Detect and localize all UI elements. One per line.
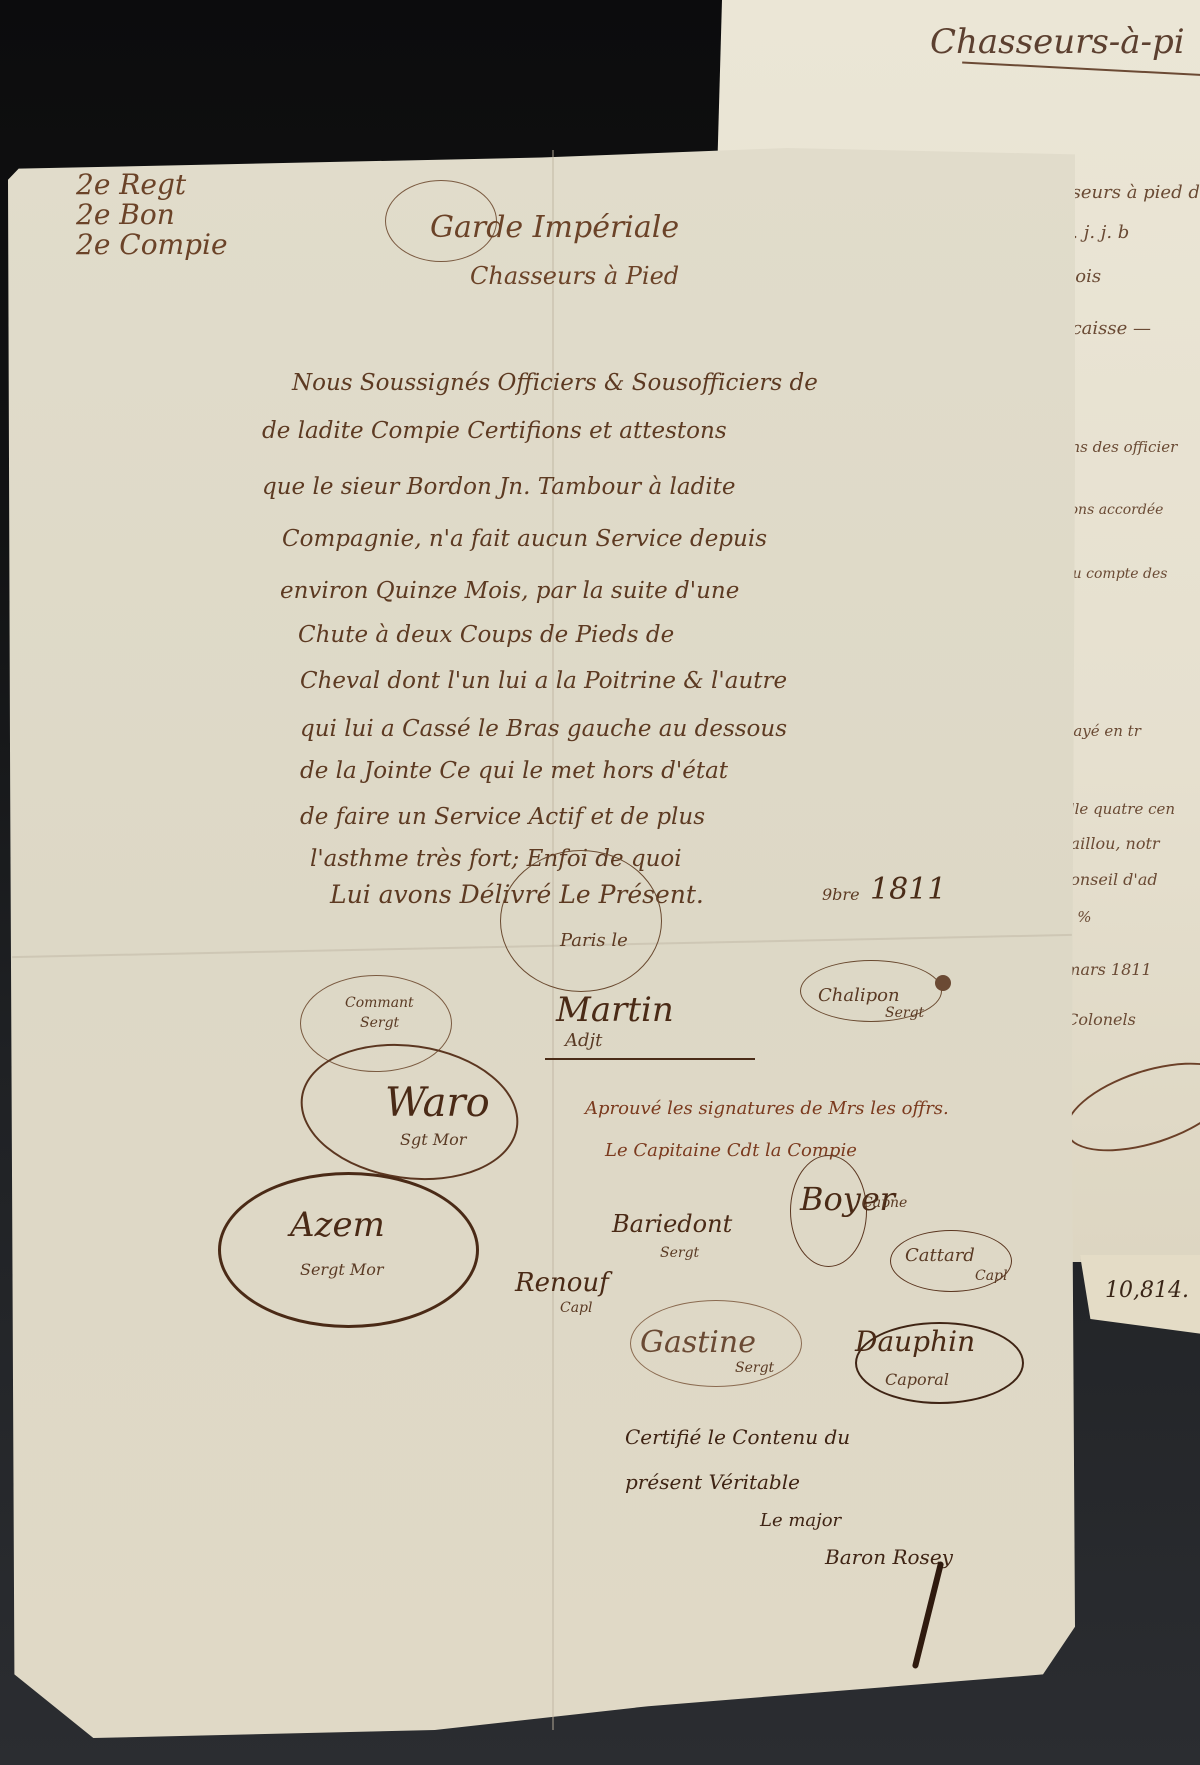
signature-title: Adjt	[565, 1030, 602, 1051]
signature-name: Cattard	[905, 1245, 975, 1266]
back-document-title: Chasseurs-à-pi	[930, 22, 1185, 62]
document-subtitle: Chasseurs à Pied	[470, 262, 679, 290]
signature-title: Sergt	[660, 1245, 699, 1261]
signature-name: Renouf	[515, 1268, 609, 1298]
document-title: Garde Impériale	[430, 210, 679, 245]
body-line: Chute à deux Coups de Pieds de	[298, 622, 674, 648]
signature-flourish	[218, 1172, 479, 1328]
certification-line: Le major	[760, 1510, 841, 1531]
signature-title: Capl	[560, 1300, 593, 1316]
signature-name: Dauphin	[855, 1325, 975, 1358]
signature-name: Martin	[556, 990, 674, 1030]
inventory-number: 10,814.	[1105, 1278, 1189, 1303]
body-line: Nous Soussignés Officiers & Sousofficier…	[292, 370, 818, 396]
date-month: 9bre	[822, 885, 860, 904]
date-flourish	[500, 850, 662, 992]
signature-title: Sergt Mor	[300, 1260, 384, 1279]
body-line: que le sieur Bordon Jn. Tambour à ladite	[262, 474, 736, 500]
approval-line: Aprouvé les signatures de Mrs les offrs.	[585, 1098, 949, 1119]
signature-name: Waro	[385, 1080, 490, 1126]
body-line: de faire un Service Actif et de plus	[300, 804, 705, 830]
signature-title: Capne	[862, 1195, 907, 1211]
certification-signature: Baron Rosey	[825, 1545, 953, 1569]
date-year: 1811	[870, 872, 946, 907]
signature-name: Commant	[345, 995, 414, 1011]
body-line: de ladite Compie Certifions et attestons	[262, 418, 727, 444]
body-line: qui lui a Cassé le Bras gauche au dessou…	[300, 716, 787, 742]
signature-title: Sergt	[735, 1360, 774, 1376]
signature-name: Azem	[290, 1205, 385, 1245]
body-line: Cheval dont l'un lui a la Poitrine & l'a…	[300, 668, 787, 694]
certification-line: Certifié le Contenu du	[625, 1425, 850, 1449]
signature-title: Sergt	[885, 1005, 924, 1021]
signature-title: Caporal	[885, 1370, 949, 1389]
signature-underline	[545, 1058, 755, 1060]
signature-title: Sgt Mor	[400, 1130, 466, 1149]
signature-name: Bariedont	[612, 1210, 732, 1238]
signature-name: Gastine	[640, 1325, 756, 1360]
signature-title: Sergt	[360, 1015, 399, 1031]
certification-line: présent Véritable	[625, 1470, 800, 1494]
body-line: environ Quinze Mois, par la suite d'une	[280, 578, 739, 604]
body-line: de la Jointe Ce qui le met hors d'état	[300, 758, 728, 784]
regiment-label: 2e Regt 2e Bon 2e Compie	[76, 170, 228, 260]
date-place: Paris le	[560, 930, 628, 951]
signature-title: Capl	[975, 1268, 1008, 1284]
body-line: Compagnie, n'a fait aucun Service depuis	[282, 526, 767, 552]
signature-name: Chalipon	[818, 985, 900, 1006]
ink-blot	[935, 975, 951, 991]
